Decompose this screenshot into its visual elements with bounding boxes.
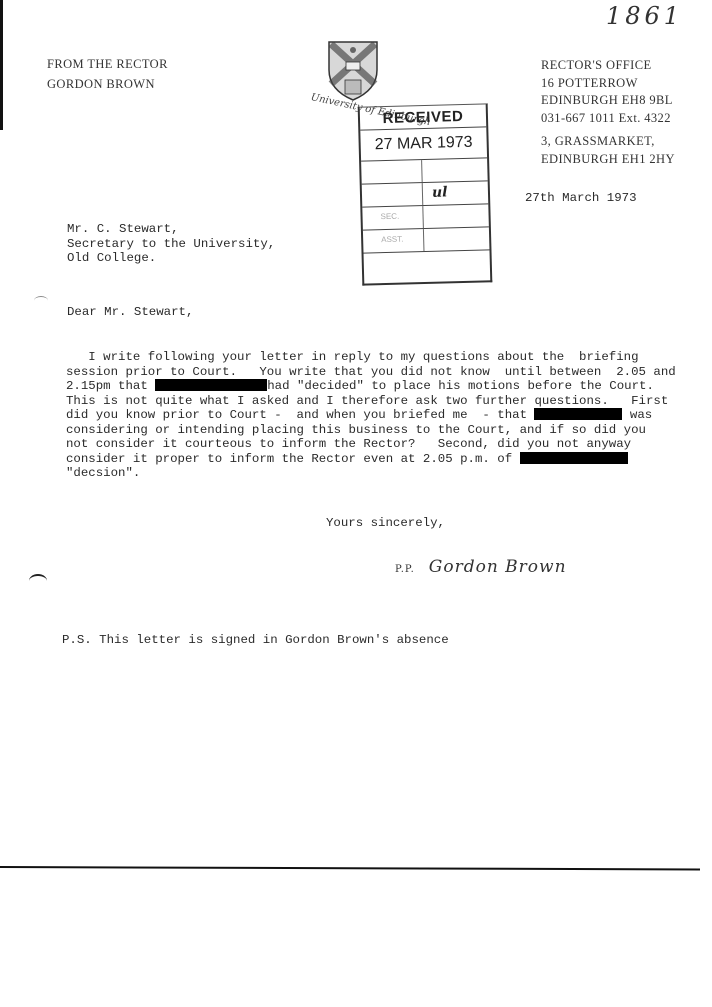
sender-block: FROM THE RECTOR GORDON BROWN [47, 54, 168, 94]
redaction-bar [155, 379, 267, 391]
closing: Yours sincerely, [326, 516, 445, 531]
scan-fold-line [0, 866, 700, 870]
sender-title: FROM THE RECTOR [47, 54, 168, 74]
office-address: RECTOR'S OFFICE 16 POTTERROW EDINBURGH E… [541, 57, 675, 168]
postscript: P.S. This letter is signed in Gordon Bro… [62, 633, 449, 648]
signature-prefix: P.P. [395, 564, 415, 575]
stamp-date: 27 MAR 1973 [360, 127, 487, 161]
punch-mark [34, 296, 48, 305]
punch-mark [29, 574, 47, 588]
letter-body: I write following your letter in reply t… [66, 350, 676, 481]
recipient-address: Mr. C. Stewart, Secretary to the Univers… [67, 222, 275, 266]
signature-name: Gordon Brown [429, 557, 567, 577]
sender-name: GORDON BROWN [47, 74, 168, 94]
stamp-title: RECEIVED [360, 104, 487, 130]
signature: P.P.Gordon Brown [395, 557, 567, 577]
stamp-label-sec: SEC. [380, 212, 399, 221]
received-stamp: RECEIVED 27 MAR 1973 ul SEC. ASST. [358, 103, 493, 285]
reference-number: 1861 [606, 2, 683, 30]
university-crest-icon [327, 40, 379, 102]
redaction-bar [534, 408, 622, 420]
letter-date: 27th March 1973 [525, 191, 637, 206]
stamp-initials: ul [432, 184, 448, 200]
stamp-label-asst: ASST. [381, 235, 403, 245]
salutation: Dear Mr. Stewart, [67, 305, 193, 320]
redaction-bar [520, 452, 628, 464]
scan-edge [0, 0, 3, 130]
